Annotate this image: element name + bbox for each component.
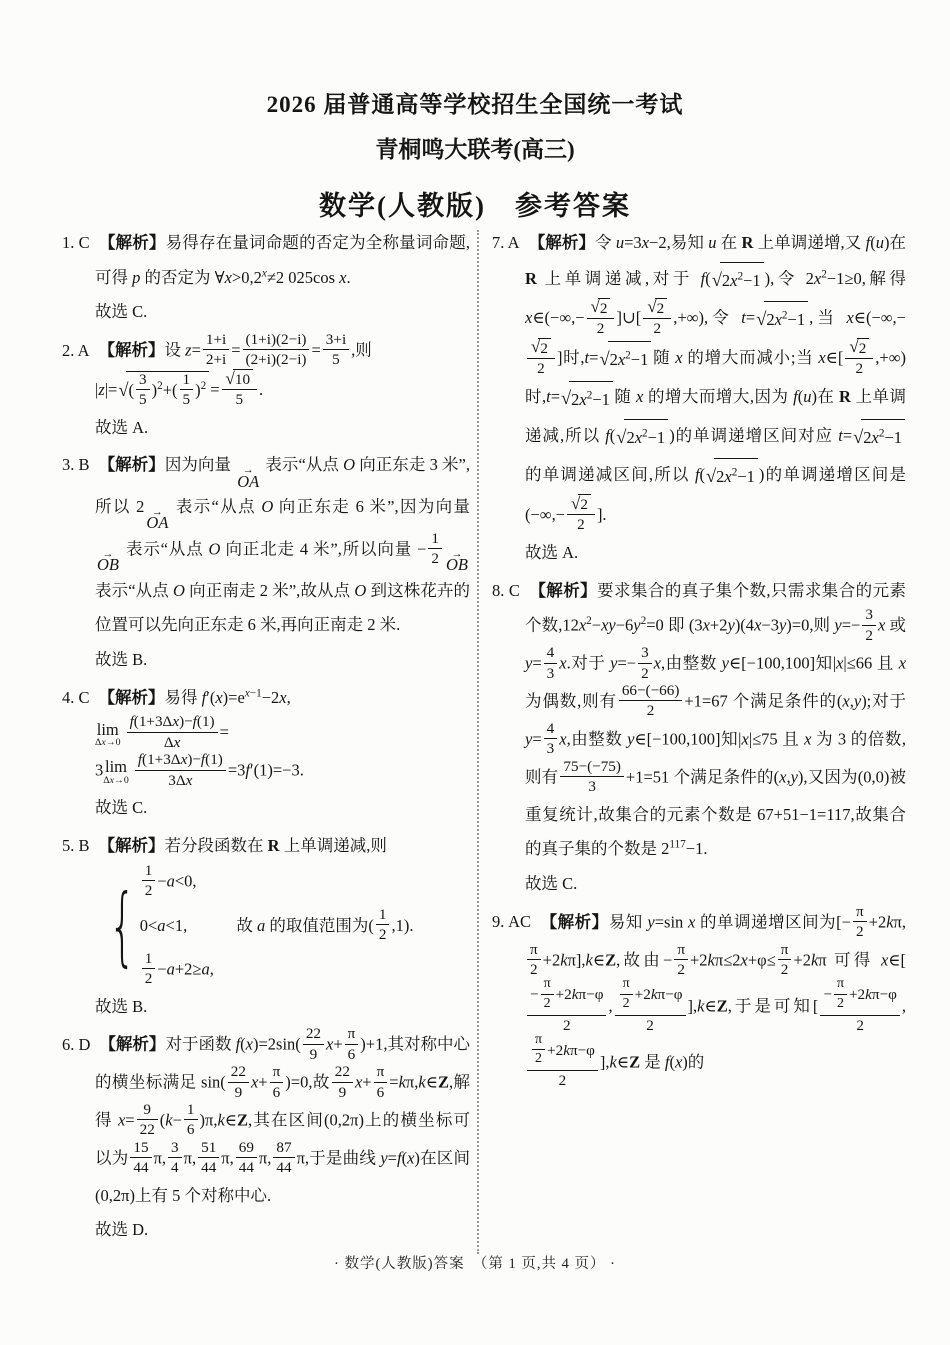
item-number-and-answer: 1. C (62, 233, 90, 252)
fraction: √22 (567, 494, 595, 534)
square-root: √(35)2+(15)2 (118, 371, 209, 411)
exam-answer-page: 2026 届普通高等学校招生全国统一考试 青桐鸣大联考(高三) 数学(人教版) … (0, 0, 950, 1345)
fraction: 43 (544, 720, 558, 758)
fraction: 35 (136, 371, 150, 409)
fraction: π2 (527, 941, 541, 979)
item-paragraph: 故选 A. (525, 536, 906, 571)
vector: →OB (97, 551, 119, 574)
exam-title-line2: 青桐鸣大联考(高三) (0, 131, 950, 164)
answer-item: 9. AC【解析】易知 y=sin x 的单调递增区间为[−π2+2kπ,π2+… (492, 905, 906, 1092)
item-number-and-answer: 5. B (62, 836, 90, 855)
item-paragraph: 故选 C. (95, 791, 470, 826)
item-lead-paragraph: 8. C【解析】要求集合的真子集个数,只需求集合的元素个数,12x2−xy−6y… (492, 574, 906, 867)
page-footer: · 数学(人教版)答案 （第 1 页,共 4 页） · (0, 1252, 950, 1273)
square-root: √2 (571, 494, 591, 514)
fraction: 1+i2+i (203, 331, 229, 369)
item-paragraph: 故选 A. (95, 411, 470, 446)
fraction: 6944 (236, 1139, 257, 1177)
item-paragraph: 故选 C. (95, 295, 470, 330)
case-line: 0<a<1, (140, 915, 214, 937)
fraction: 229 (332, 1063, 353, 1101)
answer-item: 6. D【解析】对于函数 f(x)=2sin(229x+π6)+1,其对称中心的… (62, 1027, 470, 1248)
item-paragraph: 故选 B. (95, 643, 470, 678)
fraction: 229 (228, 1063, 249, 1101)
item-paragraph: 故选 B. (95, 990, 470, 1025)
fraction: 32 (638, 644, 652, 682)
fraction: 922 (137, 1101, 158, 1139)
fraction: √105 (222, 369, 258, 409)
item-paragraph: |z|=√(35)2+(15)2=√105. (95, 371, 470, 411)
fraction: √22 (527, 337, 555, 377)
answer-item: 4. C【解析】易得 f′(x)=ex−1−2x,limΔx→0f(1+3Δx)… (62, 681, 470, 826)
item-lead-paragraph: 5. B【解析】若分段函数在 R 上单调递减,则 (62, 829, 470, 864)
fraction: √22 (587, 297, 615, 337)
fraction: π2 (834, 976, 847, 1011)
fraction: 66−(−66)2 (619, 682, 683, 720)
item-paragraph: 故选 D. (95, 1213, 470, 1248)
answer-item: 1. C【解析】易得存在量词命题的否定为全称量词命题,可得 p 的否定为 ∀x>… (62, 226, 470, 330)
fraction: √22 (643, 297, 671, 337)
fraction: 5144 (198, 1139, 219, 1177)
fraction: 1544 (130, 1139, 151, 1177)
vector: →OB (446, 551, 468, 574)
subject-answer-title: 数学(人教版) 参考答案 (0, 184, 950, 223)
square-root: √2 (647, 297, 667, 317)
square-root: √10 (226, 369, 254, 389)
item-lead-paragraph: 2. A【解析】设 z=1+i2+i=(1+i)(2−i)(2+i)(2−i)=… (62, 333, 470, 371)
answer-item: 7. A【解析】令 u=3x−2,易知 u 在 R 上单调递增,又 f(u)在 … (492, 226, 906, 571)
fraction: f(1+3Δx)−f(1)3Δx (135, 751, 226, 789)
item-number-and-answer: 7. A (492, 233, 520, 252)
item-lead-paragraph: 6. D【解析】对于函数 f(x)=2sin(229x+π6)+1,其对称中心的… (62, 1027, 470, 1213)
fraction: −π2+2kπ−φ2 (820, 978, 899, 1034)
column-divider (477, 230, 479, 1254)
fraction: 229 (303, 1025, 324, 1063)
item-lead-paragraph: 7. A【解析】令 u=3x−2,易知 u 在 R 上单调递增,又 f(u)在 … (492, 226, 906, 536)
square-root: √2x2−1 (756, 300, 808, 339)
item-lead-paragraph: 4. C【解析】易得 f′(x)=ex−1−2x, (62, 681, 470, 716)
item-number-and-answer: 8. C (492, 581, 520, 600)
fraction: 12 (376, 906, 390, 944)
fraction: π2 (778, 941, 792, 979)
item-paragraph: limΔx→0f(1+3Δx)−f(1)Δx= (95, 715, 470, 753)
fraction: 12 (142, 862, 156, 900)
fraction: 8744 (273, 1139, 294, 1177)
item-lead-paragraph: 9. AC【解析】易知 y=sin x 的单调递增区间为[−π2+2kπ,π2+… (492, 905, 906, 1092)
square-root: √2x2−1 (853, 418, 905, 457)
square-root: √2x2−1 (712, 261, 764, 300)
answers-column-right: 7. A【解析】令 u=3x−2,易知 u 在 R 上单调递增,又 f(u)在 … (492, 226, 906, 1095)
square-root: √2x2−1 (561, 379, 613, 418)
answer-item: 3. B【解析】因为向量 →OA 表示“从点 O 向正东走 3 米”,所以 2→… (62, 448, 470, 677)
fraction: π2 (532, 1032, 545, 1067)
fraction: 3+i5 (323, 331, 349, 369)
fraction: π2 (620, 976, 633, 1011)
vector: →OA (237, 467, 259, 490)
fraction: f(1+3Δx)−f(1)Δx (127, 713, 218, 751)
item-number-and-answer: 9. AC (492, 912, 531, 931)
left-brace: { (109, 890, 136, 963)
fraction: (1+i)(2−i)(2+i)(2−i) (243, 331, 310, 369)
item-paragraph: {12−a<0,0<a<1,12−a+2≥a, 故 a 的取值范围为(12,1)… (95, 864, 470, 990)
square-root: √2x2−1 (616, 418, 668, 457)
fraction: π2 (674, 941, 688, 979)
exam-title-line1: 2026 届普通高等学校招生全国统一考试 (0, 86, 950, 119)
fraction: 12 (142, 950, 156, 988)
fraction: −π2+2kπ−φ2 (527, 978, 606, 1034)
item-number-and-answer: 3. B (62, 455, 90, 474)
fraction: 12 (428, 530, 442, 568)
item-number-and-answer: 4. C (62, 688, 90, 707)
limit: limΔx→0 (103, 758, 129, 786)
square-root: √2 (531, 337, 551, 357)
item-number-and-answer: 6. D (62, 1035, 90, 1054)
fraction: 16 (184, 1101, 198, 1139)
item-lead-paragraph: 3. B【解析】因为向量 →OA 表示“从点 O 向正东走 3 米”,所以 2→… (62, 448, 470, 643)
square-root: √2x2−1 (599, 340, 651, 379)
fraction: π2+2kπ−φ2 (527, 1034, 598, 1090)
answer-item: 2. A【解析】设 z=1+i2+i=(1+i)(2−i)(2+i)(2−i)=… (62, 333, 470, 446)
item-number-and-answer: 2. A (62, 341, 90, 360)
vector: →OA (146, 509, 168, 532)
item-lead-paragraph: 1. C【解析】易得存在量词命题的否定为全称量词命题,可得 p 的否定为 ∀x>… (62, 226, 470, 295)
fraction: 32 (862, 606, 876, 644)
fraction: √22 (845, 337, 873, 377)
fraction: 34 (168, 1139, 182, 1177)
fraction: π6 (270, 1063, 284, 1101)
answer-item: 8. C【解析】要求集合的真子集个数,只需求集合的元素个数,12x2−xy−6y… (492, 574, 906, 902)
fraction: π6 (374, 1063, 388, 1101)
fraction: π2 (853, 903, 867, 941)
case-line: 12−a+2≥a, (140, 952, 214, 990)
square-root: √2 (591, 297, 611, 317)
item-paragraph: 3limΔx→0f(1+3Δx)−f(1)3Δx=3f′(1)=−3. (95, 753, 470, 791)
case-line: 12−a<0, (140, 864, 214, 902)
fraction: π2+2kπ−φ2 (615, 978, 686, 1034)
answers-column-left: 1. C【解析】易得存在量词命题的否定为全称量词命题,可得 p 的否定为 ∀x>… (62, 226, 470, 1251)
fraction: π2 (541, 976, 554, 1011)
fraction: 15 (180, 371, 194, 409)
square-root: √2 (849, 337, 869, 357)
item-paragraph: 故选 C. (525, 867, 906, 902)
limit: limΔx→0 (95, 721, 121, 749)
page-header: 2026 届普通高等学校招生全国统一考试 青桐鸣大联考(高三) 数学(人教版) … (0, 86, 950, 223)
fraction: 75−(−75)3 (560, 758, 624, 796)
fraction: π6 (345, 1025, 359, 1063)
cases-system: {12−a<0,0<a<1,12−a+2≥a, (95, 864, 214, 990)
answer-item: 5. B【解析】若分段函数在 R 上单调递减,则{12−a<0,0<a<1,12… (62, 829, 470, 1024)
square-root: √2x2−1 (706, 457, 758, 496)
fraction: 43 (544, 644, 558, 682)
